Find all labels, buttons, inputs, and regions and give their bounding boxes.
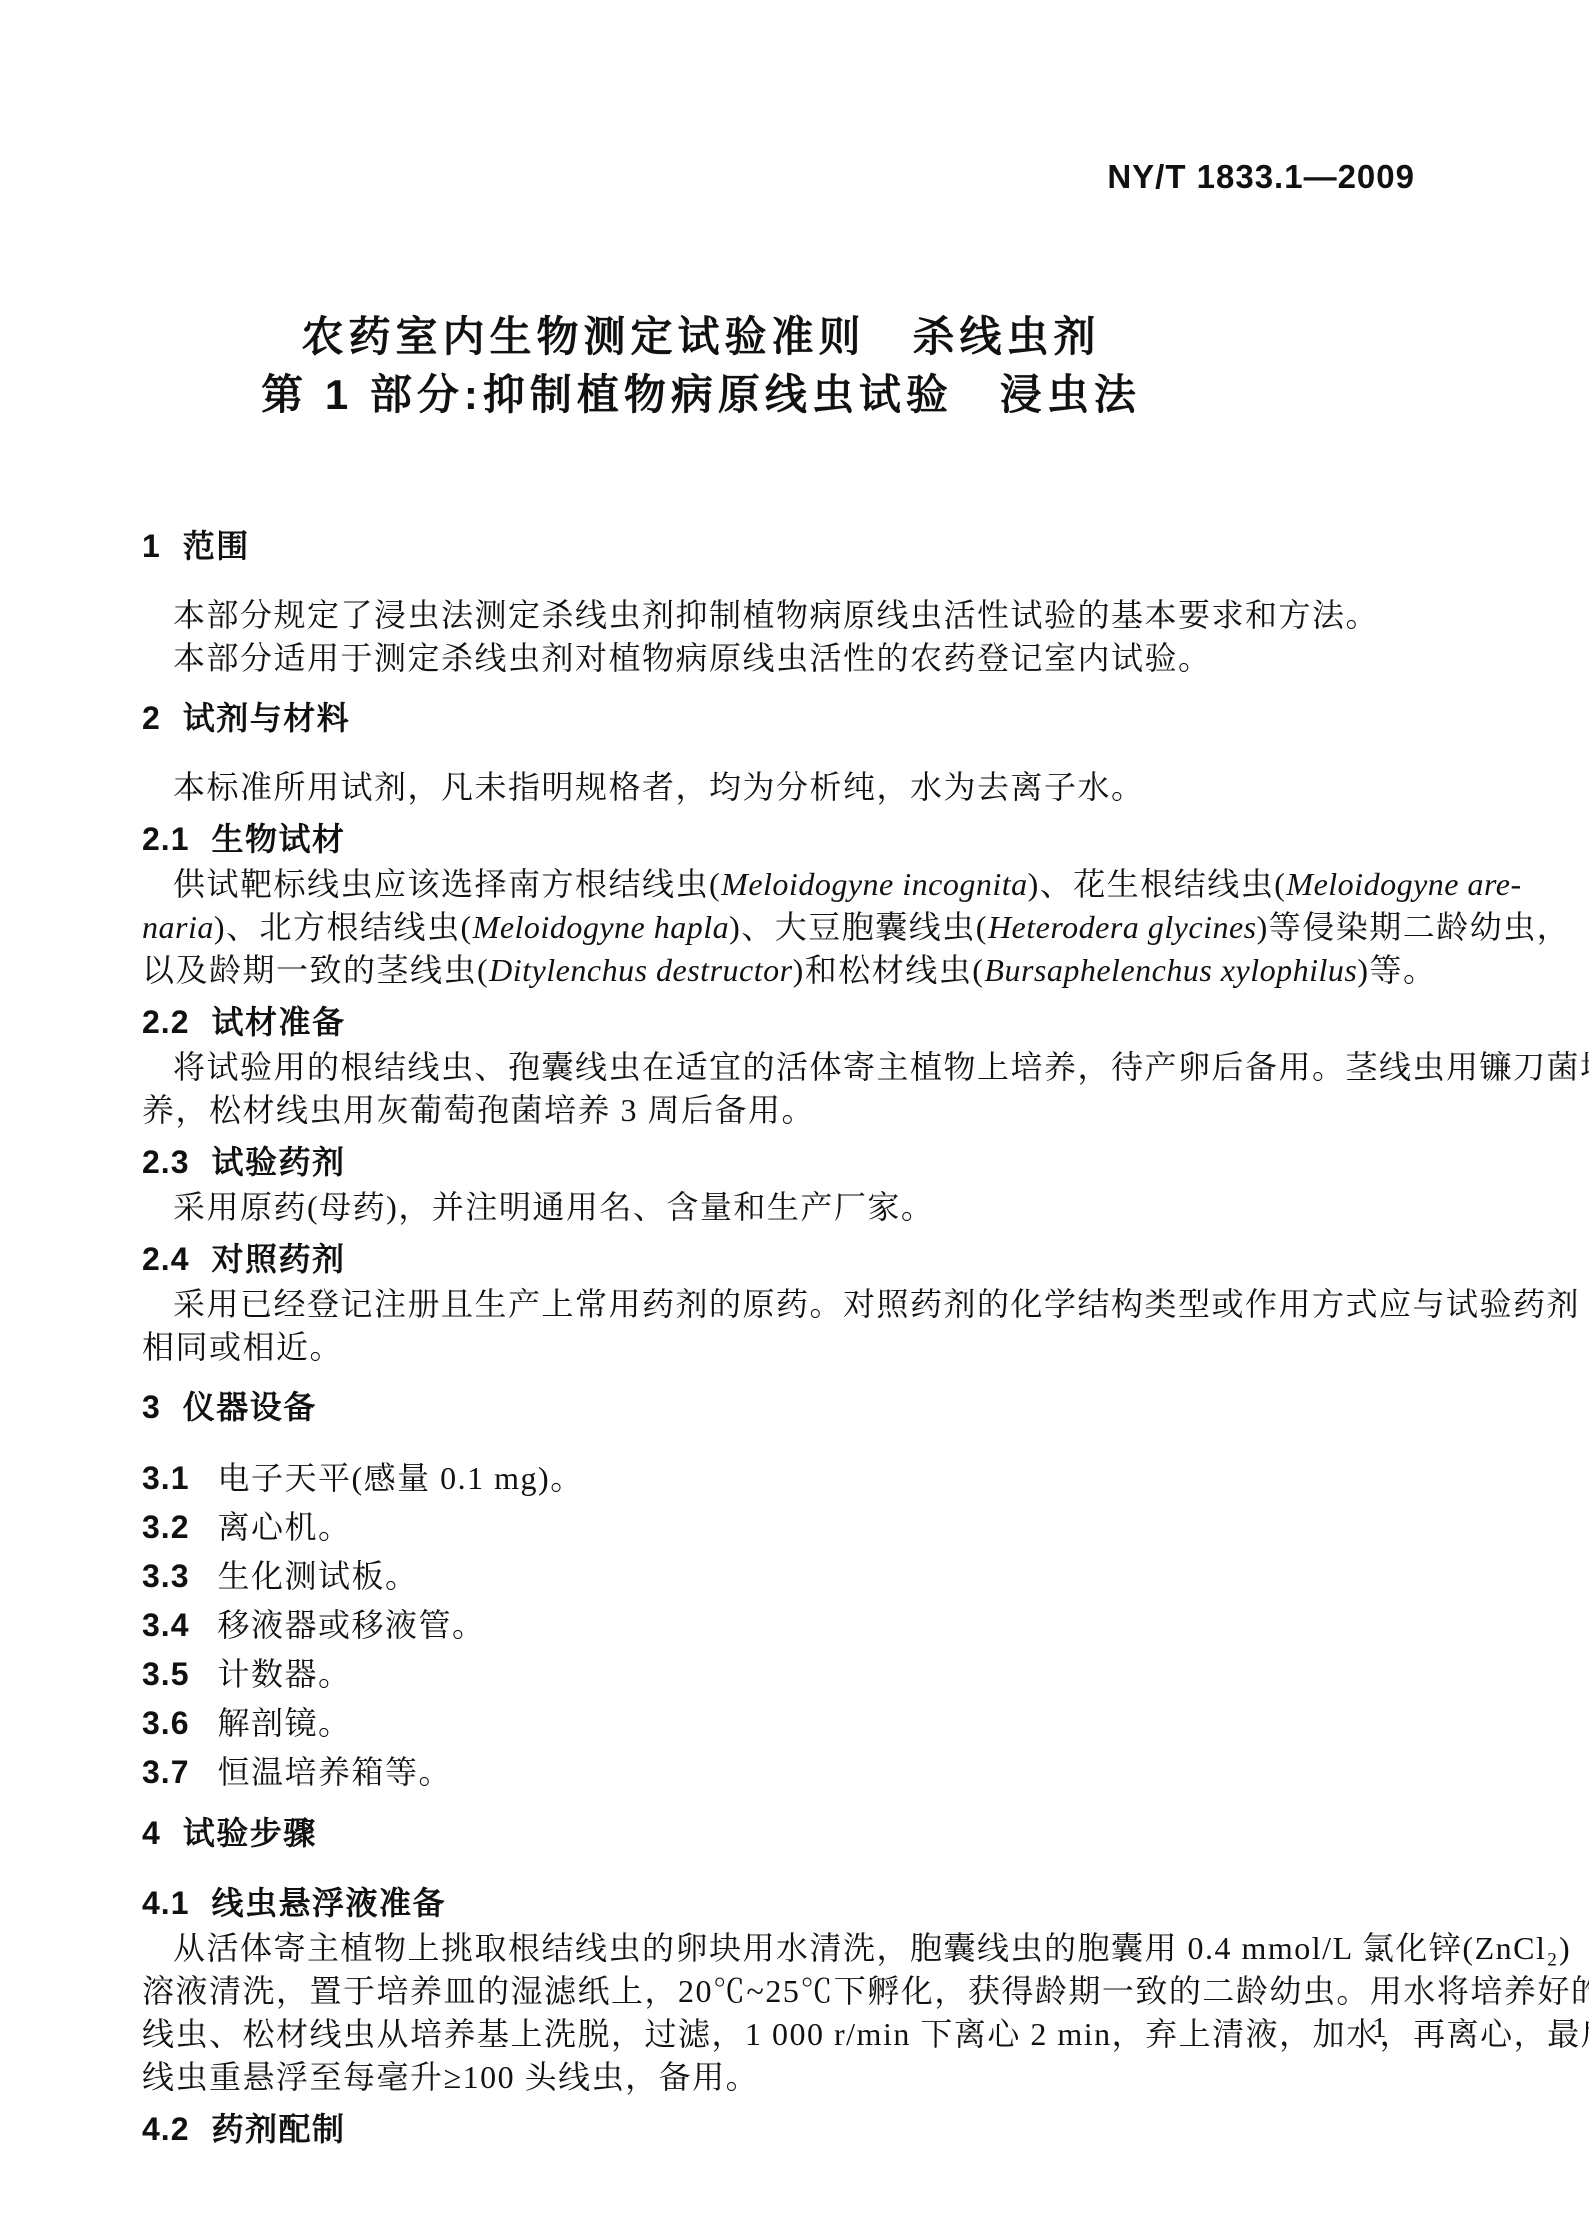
clause-number: 3.7 <box>142 1754 189 1790</box>
paragraph: 本标准所用试剂，凡未指明规格者，均为分析纯，水为去离子水。 <box>142 766 1480 809</box>
clause-number: 4 <box>142 1815 161 1851</box>
paragraph-line: 本部分适用于测定杀线虫剂对植物病原线虫活性的农药登记室内试验。 <box>142 637 1480 680</box>
text-run: 本部分适用于测定杀线虫剂对植物病原线虫活性的农药登记室内试验。 <box>173 640 1212 676</box>
equipment-item: 3.4移液器或移液管。 <box>142 1602 1480 1648</box>
page-number: 1 <box>1372 2012 1387 2045</box>
species-name: Meloidogyne are- <box>1286 866 1521 902</box>
clause-number: 2.2 <box>142 1004 189 1040</box>
clause-title: 生物试材 <box>211 821 345 857</box>
paragraph-line: 线虫重悬浮至每毫升≥100 头线虫，备用。 <box>142 2056 1480 2099</box>
equipment-item-text: 计数器。 <box>217 1656 351 1692</box>
clause-heading: 2.2试材准备 <box>142 1000 1480 1044</box>
document-page: NY/T 1833.1—2009 农药室内生物测定试验准则 杀线虫剂 第 1 部… <box>0 0 1589 2222</box>
clause-number: 3.4 <box>142 1607 189 1643</box>
clause-heading: 4.1线虫悬浮液准备 <box>142 1881 1480 1925</box>
text-run: 供试靶标线虫应该选择南方根结线虫( <box>173 866 721 902</box>
paragraph-line: 从活体寄主植物上挑取根结线虫的卵块用水清洗，胞囊线虫的胞囊用 0.4 mmol/… <box>142 1927 1480 1970</box>
clause-number: 3.5 <box>142 1656 189 1692</box>
equipment-item: 3.6解剖镜。 <box>142 1700 1480 1746</box>
clause-number: 2.3 <box>142 1144 189 1180</box>
paragraph-line: 本部分规定了浸虫法测定杀线虫剂抑制植物病原线虫活性试验的基本要求和方法。 <box>142 594 1480 637</box>
text-run: 以及龄期一致的茎线虫( <box>142 952 489 988</box>
document-blocks: 1范围本部分规定了浸虫法测定杀线虫剂抑制植物病原线虫活性试验的基本要求和方法。本… <box>142 524 1480 2151</box>
paragraph-line: 以及龄期一致的茎线虫(Ditylenchus destructor)和松材线虫(… <box>142 949 1480 992</box>
clause-number: 3.6 <box>142 1705 189 1741</box>
paragraph-line: 将试验用的根结线虫、孢囊线虫在适宜的活体寄主植物上培养，待产卵后备用。茎线虫用镰… <box>142 1046 1480 1089</box>
text-run: 采用原药(母药)，并注明通用名、含量和生产厂家。 <box>173 1189 934 1225</box>
equipment-item: 3.2离心机。 <box>142 1504 1480 1550</box>
clause-heading: 2试剂与材料 <box>142 696 1480 740</box>
paragraph: 本部分适用于测定杀线虫剂对植物病原线虫活性的农药登记室内试验。 <box>142 637 1480 680</box>
text-run: )、大豆胞囊线虫( <box>729 909 988 945</box>
clause-heading: 2.3试验药剂 <box>142 1140 1480 1184</box>
text-run: )等侵染期二龄幼虫， <box>1257 909 1571 945</box>
text-run: 采用已经登记注册且生产上常用药剂的原药。对照药剂的化学结构类型或作用方式应与试验… <box>173 1286 1580 1322</box>
species-name: naria <box>142 909 214 945</box>
species-name: Bursaphelenchus xylophilus <box>984 952 1357 988</box>
clause-heading: 4试验步骤 <box>142 1811 1480 1855</box>
paragraph-line: 养，松材线虫用灰葡萄孢菌培养 3 周后备用。 <box>142 1089 1480 1132</box>
paragraph-line: 供试靶标线虫应该选择南方根结线虫(Meloidogyne incognita)、… <box>142 863 1480 906</box>
species-name: Meloidogyne incognita <box>721 866 1027 902</box>
equipment-item-text: 解剖镜。 <box>217 1705 351 1741</box>
clause-heading: 2.1生物试材 <box>142 817 1480 861</box>
paragraph-line: 相同或相近。 <box>142 1326 1480 1369</box>
equipment-item-text: 恒温培养箱等。 <box>217 1754 452 1790</box>
text-run: )和松材线虫( <box>793 952 985 988</box>
clause-number: 3.1 <box>142 1460 189 1496</box>
clause-heading: 2.4对照药剂 <box>142 1237 1480 1281</box>
species-name: Meloidogyne hapla <box>473 909 729 945</box>
species-name: Heterodera glycines <box>988 909 1257 945</box>
equipment-item-text: 电子天平(感量 0.1 mg)。 <box>217 1460 583 1496</box>
document-title-line-1: 农药室内生物测定试验准则 杀线虫剂 <box>142 308 1260 366</box>
clause-title: 药剂配制 <box>211 2111 345 2147</box>
clause-title: 试材准备 <box>211 1004 345 1040</box>
clause-heading: 4.2药剂配制 <box>142 2107 1480 2151</box>
clause-number: 4.1 <box>142 1885 189 1921</box>
equipment-item-text: 离心机。 <box>217 1509 351 1545</box>
clause-number: 2.1 <box>142 821 189 857</box>
clause-title: 仪器设备 <box>183 1389 317 1425</box>
clause-number: 1 <box>142 528 161 564</box>
clause-title: 试验步骤 <box>183 1815 317 1851</box>
clause-title: 范围 <box>183 528 250 564</box>
clause-number: 3.2 <box>142 1509 189 1545</box>
clause-title: 试验药剂 <box>211 1144 345 1180</box>
text-run: 溶液清洗，置于培养皿的湿滤纸上，20℃~25℃下孵化，获得龄期一致的二龄幼虫。用… <box>142 1973 1589 2009</box>
paragraph-line: 溶液清洗，置于培养皿的湿滤纸上，20℃~25℃下孵化，获得龄期一致的二龄幼虫。用… <box>142 1970 1480 2013</box>
clause-number: 3 <box>142 1389 161 1425</box>
text-run: 将试验用的根结线虫、孢囊线虫在适宜的活体寄主植物上培养，待产卵后备用。茎线虫用镰… <box>173 1049 1589 1085</box>
text-run: )、花生根结线虫( <box>1028 866 1287 902</box>
paragraph-line: 采用已经登记注册且生产上常用药剂的原药。对照药剂的化学结构类型或作用方式应与试验… <box>142 1283 1480 1326</box>
document-title-line-2: 第 1 部分:抑制植物病原线虫试验 浸虫法 <box>142 366 1260 424</box>
clause-number: 3.3 <box>142 1558 189 1594</box>
paragraph-line: 采用原药(母药)，并注明通用名、含量和生产厂家。 <box>142 1186 1480 1229</box>
equipment-item: 3.1电子天平(感量 0.1 mg)。 <box>142 1455 1480 1501</box>
equipment-item-text: 生化测试板。 <box>217 1558 418 1594</box>
text-run: 养，松材线虫用灰葡萄孢菌培养 3 周后备用。 <box>142 1092 815 1128</box>
text-run: 从活体寄主植物上挑取根结线虫的卵块用水清洗，胞囊线虫的胞囊用 0.4 mmol/… <box>173 1930 1571 1966</box>
paragraph: 本部分规定了浸虫法测定杀线虫剂抑制植物病原线虫活性试验的基本要求和方法。 <box>142 594 1480 637</box>
text-run: )、北方根结线虫( <box>214 909 473 945</box>
clause-title: 线虫悬浮液准备 <box>211 1885 446 1921</box>
equipment-item-text: 移液器或移液管。 <box>217 1607 485 1643</box>
clause-number: 4.2 <box>142 2111 189 2147</box>
standard-code: NY/T 1833.1—2009 <box>1107 158 1415 196</box>
clause-title: 试剂与材料 <box>183 700 351 736</box>
equipment-item: 3.7恒温培养箱等。 <box>142 1749 1480 1795</box>
clause-title: 对照药剂 <box>211 1241 345 1277</box>
clause-heading: 3仪器设备 <box>142 1385 1480 1429</box>
paragraph: 供试靶标线虫应该选择南方根结线虫(Meloidogyne incognita)、… <box>142 863 1480 992</box>
clause-number: 2.4 <box>142 1241 189 1277</box>
paragraph: 采用已经登记注册且生产上常用药剂的原药。对照药剂的化学结构类型或作用方式应与试验… <box>142 1283 1480 1369</box>
paragraph-line: 线虫、松材线虫从培养基上洗脱，过滤，1 000 r/min 下离心 2 min，… <box>142 2013 1480 2056</box>
clause-heading: 1范围 <box>142 524 1480 568</box>
text-run: 本标准所用试剂，凡未指明规格者，均为分析纯，水为去离子水。 <box>173 769 1145 805</box>
paragraph-line: naria)、北方根结线虫(Meloidogyne hapla)、大豆胞囊线虫(… <box>142 906 1480 949</box>
document-title: 农药室内生物测定试验准则 杀线虫剂 第 1 部分:抑制植物病原线虫试验 浸虫法 <box>142 0 1480 424</box>
paragraph: 采用原药(母药)，并注明通用名、含量和生产厂家。 <box>142 1186 1480 1229</box>
equipment-item: 3.3生化测试板。 <box>142 1553 1480 1599</box>
species-name: Ditylenchus destructor <box>489 952 792 988</box>
equipment-item: 3.5计数器。 <box>142 1651 1480 1697</box>
text-run: 线虫重悬浮至每毫升≥100 头线虫，备用。 <box>142 2059 759 2095</box>
paragraph: 从活体寄主植物上挑取根结线虫的卵块用水清洗，胞囊线虫的胞囊用 0.4 mmol/… <box>142 1927 1480 2099</box>
paragraph: 将试验用的根结线虫、孢囊线虫在适宜的活体寄主植物上培养，待产卵后备用。茎线虫用镰… <box>142 1046 1480 1132</box>
paragraph-line: 本标准所用试剂，凡未指明规格者，均为分析纯，水为去离子水。 <box>142 766 1480 809</box>
clause-number: 2 <box>142 700 161 736</box>
text-run: 本部分规定了浸虫法测定杀线虫剂抑制植物病原线虫活性试验的基本要求和方法。 <box>173 597 1379 633</box>
text-run: )等。 <box>1357 952 1436 988</box>
text-run: 相同或相近。 <box>142 1329 343 1365</box>
